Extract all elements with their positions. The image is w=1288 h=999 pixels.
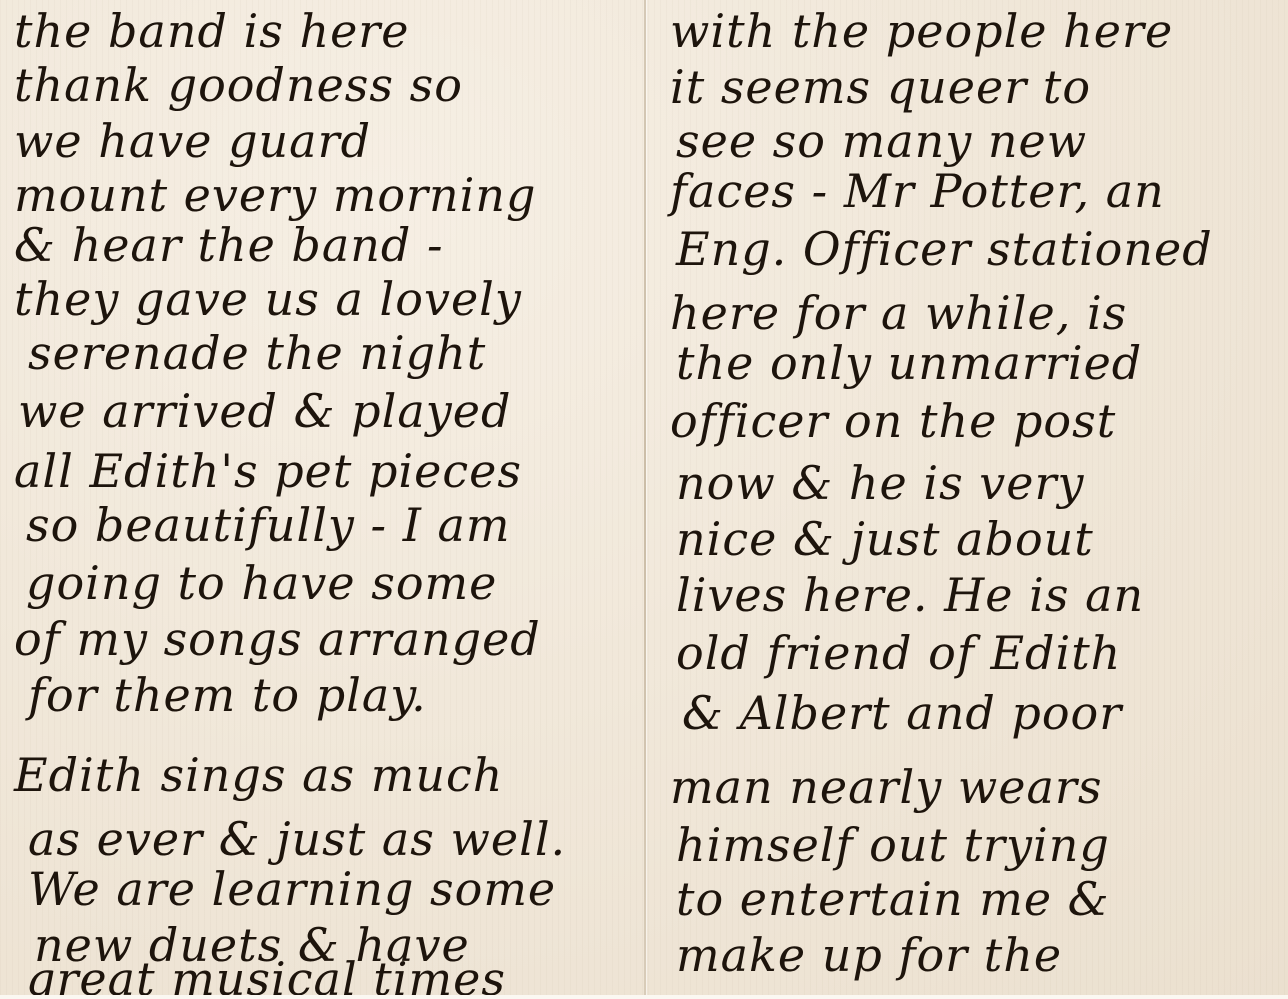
handwritten-line: the only unmarried <box>676 340 1142 386</box>
handwritten-line: now & he is very <box>676 460 1084 506</box>
right-page: with the people here it seems queer to s… <box>646 0 1288 999</box>
handwritten-line: & hear the band - <box>14 222 444 268</box>
handwritten-line: man nearly wears <box>670 764 1103 810</box>
handwritten-line: officer on the post <box>670 398 1116 444</box>
handwritten-line: mount every morning <box>14 172 536 218</box>
handwritten-line: we arrived & played <box>18 388 511 434</box>
handwritten-line: it seems queer to <box>670 64 1091 110</box>
left-page: the band is here thank goodness so we ha… <box>0 0 644 999</box>
handwritten-line: they gave us a lovely <box>14 276 522 322</box>
handwritten-line: as ever & just as well. <box>28 816 566 862</box>
handwritten-line: to entertain me & <box>676 876 1110 922</box>
handwritten-line: of my songs arranged <box>14 616 541 662</box>
handwritten-line: so beautifully - I am <box>26 502 511 548</box>
paper-bottom-edge <box>0 995 1288 999</box>
handwritten-line: Eng. Officer stationed <box>676 226 1213 272</box>
handwritten-line: faces - Mr Potter, an <box>670 168 1165 214</box>
handwritten-line: going to have some <box>26 560 497 606</box>
handwritten-line: lives here. He is an <box>676 572 1144 618</box>
handwritten-line: the band is here <box>14 8 410 54</box>
handwritten-line: We are learning some <box>28 866 556 912</box>
handwritten-line: himself out trying <box>676 822 1110 868</box>
handwritten-line: serenade the night <box>28 330 486 376</box>
handwritten-line: here for a while, is <box>670 290 1127 336</box>
handwritten-line: make up for the <box>676 932 1062 978</box>
handwritten-line: Edith sings as much <box>14 752 503 798</box>
handwritten-line: all Edith's pet pieces <box>14 448 522 494</box>
handwritten-line: nice & just about <box>676 516 1094 562</box>
handwritten-line: for them to play. <box>28 672 427 718</box>
handwritten-line: thank goodness so <box>14 62 463 108</box>
handwritten-line: with the people here <box>670 8 1173 54</box>
handwritten-line: we have guard <box>14 118 371 164</box>
handwritten-line: see so many new <box>676 118 1087 164</box>
letter-sheet: the band is here thank goodness so we ha… <box>0 0 1288 999</box>
handwritten-line: great musical times <box>26 956 506 999</box>
handwritten-line: & Albert and poor <box>682 690 1122 736</box>
handwritten-line: old friend of Edith <box>676 630 1121 676</box>
